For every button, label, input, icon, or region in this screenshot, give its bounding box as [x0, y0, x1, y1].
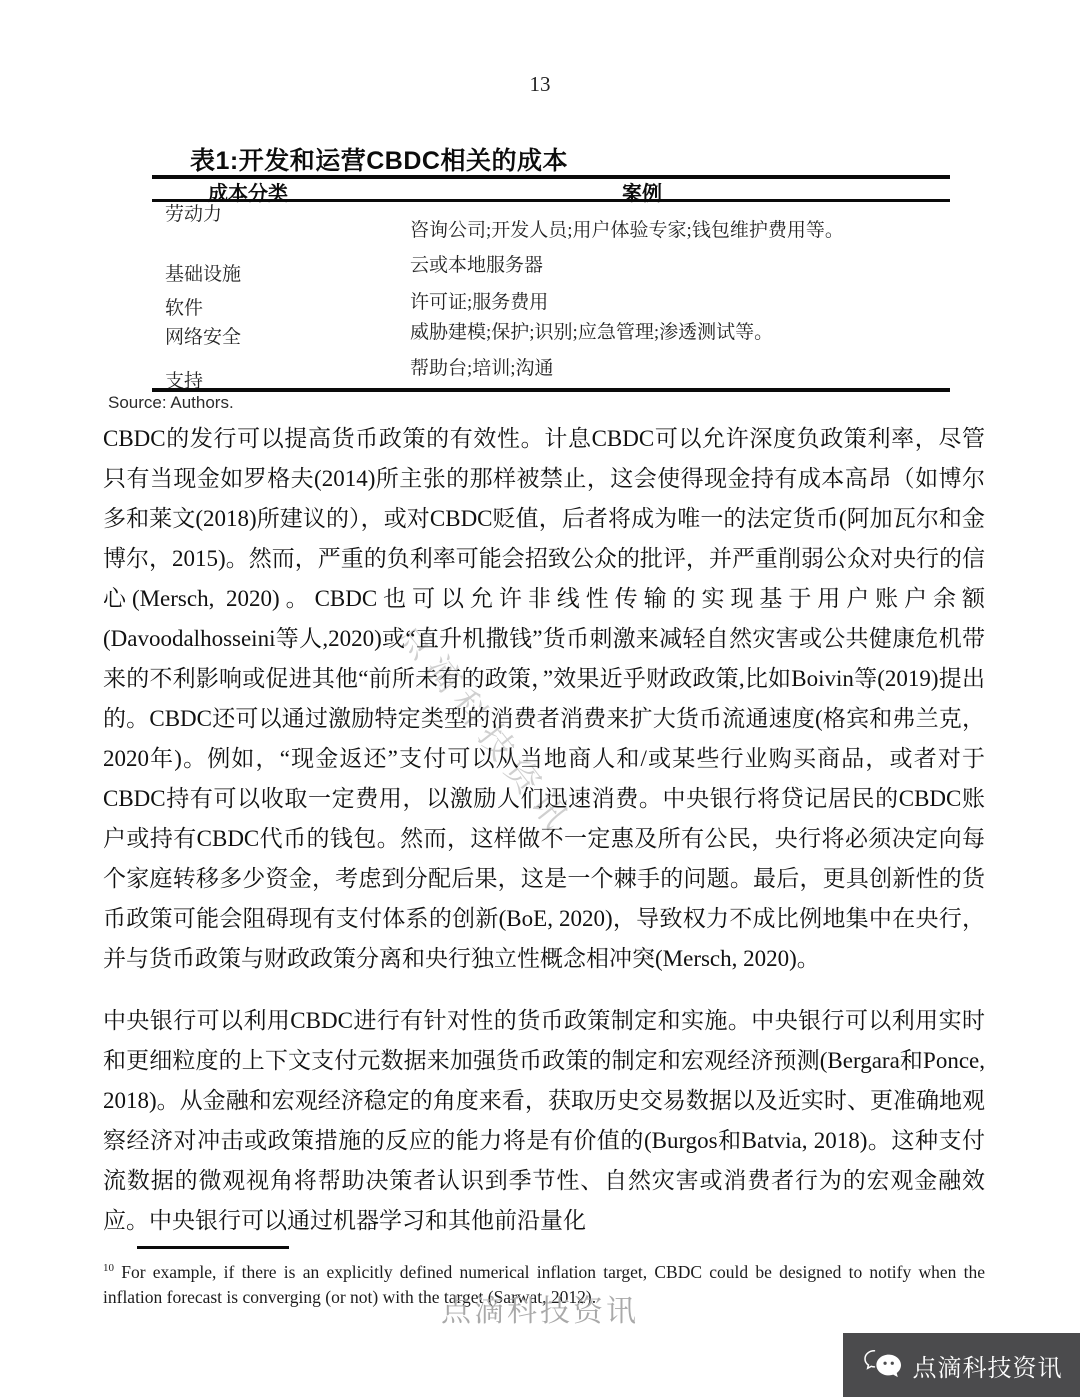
table-bottom-rule — [152, 388, 950, 392]
table-row-example: 咨询公司;开发人员;用户体验专家;钱包维护费用等。 — [410, 215, 844, 242]
footnote-marker: 10 — [103, 1262, 114, 1274]
table-row-category: 劳动力 — [165, 199, 222, 226]
table-header-rule — [152, 199, 950, 202]
page-number: 13 — [0, 72, 1080, 97]
table-source-note: Source: Authors. — [108, 393, 234, 413]
table-title: 表1:开发和运营CBDC相关的成本 — [190, 141, 568, 177]
table-row-category: 基础设施 — [165, 259, 241, 286]
table-row-example: 威胁建模;保护;识别;应急管理;渗透测试等。 — [410, 317, 773, 344]
paragraph: 中央银行可以利用CBDC进行有针对性的货币政策制定和实施。中央银行可以利用实时和… — [103, 1001, 985, 1241]
table-row-example: 帮助台;培训;沟通 — [410, 353, 554, 380]
table-row-example: 云或本地服务器 — [410, 250, 543, 277]
body-text: CBDC的发行可以提高货币政策的有效性。计息CBDC可以允许深度负政策利率，尽管… — [103, 419, 985, 1263]
speech-bubbles-icon — [861, 1347, 905, 1383]
center-watermark: 点滴科技资讯 — [0, 1286, 1080, 1330]
table-row-category: 软件 — [165, 293, 203, 320]
table-row-category: 网络安全 — [165, 322, 241, 349]
paragraph: CBDC的发行可以提高货币政策的有效性。计息CBDC可以允许深度负政策利率，尽管… — [103, 419, 985, 979]
brand-text: 点滴科技资讯 — [913, 1348, 1063, 1383]
footnote-separator — [137, 1246, 289, 1249]
table-row-example: 许可证;服务费用 — [410, 287, 548, 314]
document-page: 13 表1:开发和运营CBDC相关的成本 成本分类 案例 劳动力 咨询公司;开发… — [0, 0, 1080, 1397]
brand-corner-block: 点滴科技资讯 — [843, 1333, 1080, 1397]
